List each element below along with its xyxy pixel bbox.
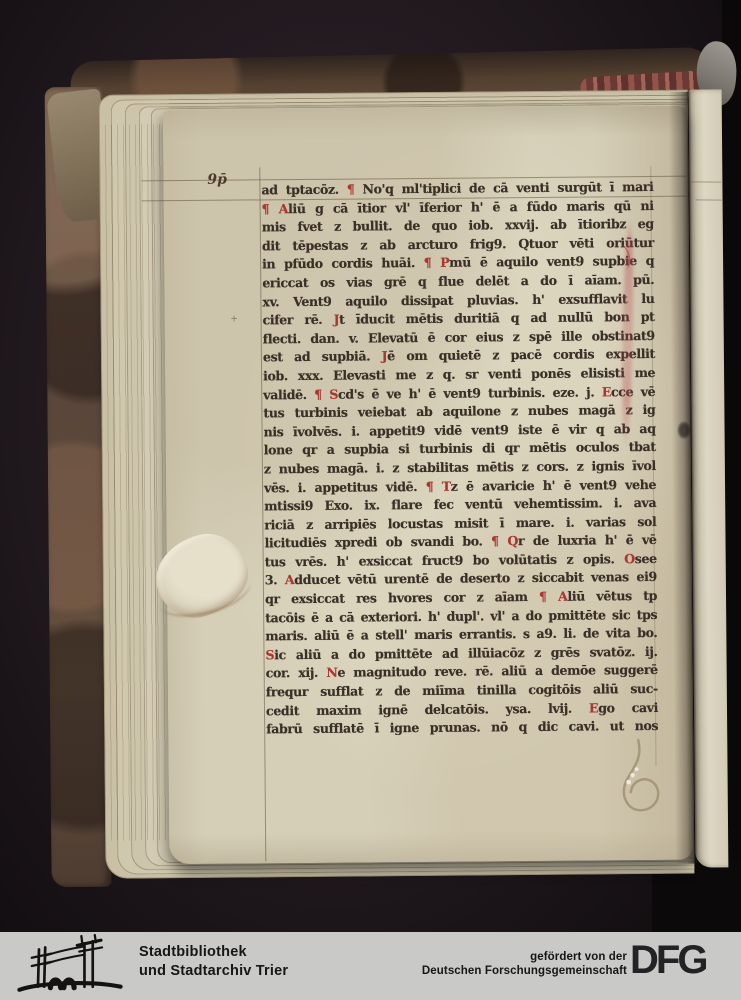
open-manuscript-book: 9p̄ + g ad tptacōz. ¶ No'q ml'tiplici de… xyxy=(0,0,741,1000)
rubric-initial: J xyxy=(382,349,388,364)
rubric-initial: E xyxy=(602,384,611,399)
photographed-manuscript-scene: 9p̄ + g ad tptacōz. ¶ No'q ml'tiplici de… xyxy=(0,0,741,1000)
library-name-line2: und Stadtarchiv Trier xyxy=(139,962,288,981)
rubric-initial: ¶ xyxy=(491,534,499,549)
rubric-initial: Q xyxy=(507,533,518,548)
rubric-initial: ¶ xyxy=(424,255,432,270)
library-banner: Stadtbibliothek und Stadtarchiv Trier ge… xyxy=(0,932,741,1000)
funding-credit: gefördert von der Deutschen Forschungsge… xyxy=(422,950,627,978)
library-name-line1: Stadtbibliothek xyxy=(139,943,288,962)
rubric-initial: A xyxy=(558,589,568,604)
rubric-initial: ¶ xyxy=(314,386,322,401)
rubric-initial: E xyxy=(589,700,598,715)
manuscript-text-block: ad tptacōz. ¶ No'q ml'tiplici de cā vent… xyxy=(261,178,658,747)
rubric-initial: S xyxy=(265,647,274,662)
rubric-initial: O xyxy=(624,551,635,566)
rubric-initial: ¶ xyxy=(347,182,355,197)
funding-line2: Deutschen Forschungsgemeinschaft xyxy=(422,964,627,978)
manuscript-line: fabrū sufflatē ī igne prunas. nō q dic c… xyxy=(266,717,658,739)
rubric-initial: A xyxy=(285,573,295,588)
rubric-initial: T xyxy=(442,478,451,493)
rubric-initial: A xyxy=(279,201,289,216)
ruled-line-stub xyxy=(691,181,721,182)
rubric-initial: ¶ xyxy=(426,478,434,493)
ruled-line-stub xyxy=(696,199,722,200)
margin-cross-mark: + xyxy=(231,312,238,326)
rubric-initial: N xyxy=(326,665,337,680)
quire-signature-mark: 9p̄ xyxy=(207,172,227,188)
rubric-initial: J xyxy=(333,312,339,327)
rubric-initial: P xyxy=(440,255,449,270)
rubric-initial: ¶ xyxy=(262,201,270,216)
dfg-logo: DFG xyxy=(630,938,705,983)
manuscript-page: 9p̄ + g ad tptacōz. ¶ No'q ml'tiplici de… xyxy=(163,106,694,865)
library-logo-icon xyxy=(16,934,124,996)
page-edge-striations-left xyxy=(100,124,168,841)
library-name: Stadtbibliothek und Stadtarchiv Trier xyxy=(139,943,288,981)
funding-line1: gefördert von der xyxy=(422,950,627,964)
rubric-initial: ¶ xyxy=(539,589,547,604)
rubric-initial: S xyxy=(329,386,338,401)
